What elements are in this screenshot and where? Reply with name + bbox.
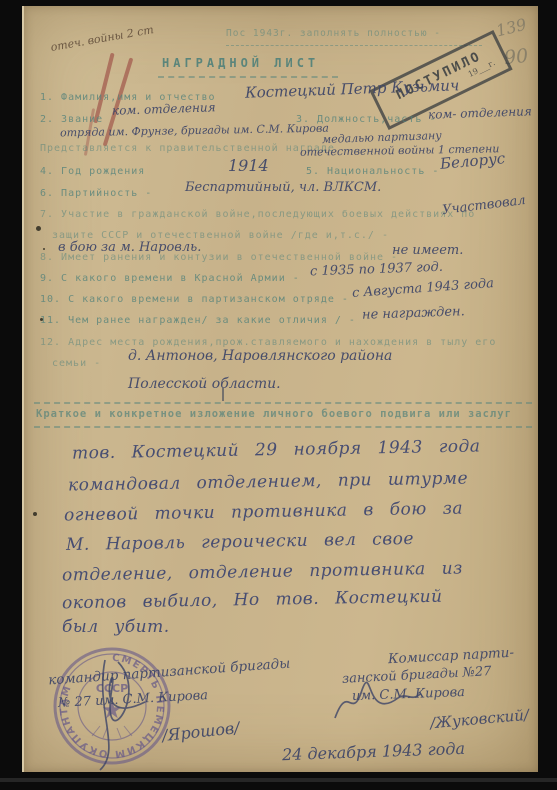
field-10-label: 10. С какого времени в партизанском отря…	[40, 294, 349, 305]
field-5-label: 5. Национальность -	[306, 166, 439, 177]
field-8-label: 8. Имеет ранения и контузии в отечествен…	[40, 252, 398, 263]
scan-edge-line	[0, 778, 557, 782]
section-header: Краткое и конкретное изложение личного б…	[36, 408, 512, 420]
page-title: НАГРАДНОЙ ЛИСТ	[162, 56, 319, 70]
field-12-label-2: семьи -	[52, 358, 101, 369]
field-7-label-1: 7. Участие в гражданской войне,последующ…	[40, 209, 475, 220]
field-11-label: 11. Чем ранее награжден/ за какие отличи…	[40, 315, 356, 326]
fold-tick	[222, 388, 224, 401]
instruction-underline	[226, 45, 482, 46]
field-4-label: 4. Год рождения	[40, 166, 145, 177]
section-separator-bottom	[34, 426, 532, 428]
field-8-value: не имеет.	[392, 243, 463, 258]
field-6-value: Беспартийный, чл. ВЛКСМ.	[185, 180, 381, 195]
field-12-value-2: Полесской области.	[128, 376, 281, 392]
paper-speck	[40, 318, 43, 321]
field-12-label-1: 12. Адрес места рождения,прож.ставляемог…	[40, 337, 496, 348]
field-12-value-1: д. Антонов, Наровлянского района	[128, 348, 392, 364]
paper-speck	[43, 248, 45, 250]
field-3-typed-2: Представляется к правительственной награ…	[40, 143, 335, 154]
title-underline	[158, 76, 338, 78]
form-instruction: Пос 1943г. заполнять полностью -	[226, 28, 441, 39]
field-2-label: 2. Звание	[40, 114, 103, 125]
paper-speck	[33, 512, 37, 516]
field-9-label: 9. С какого времени в Красной Армии -	[40, 273, 300, 284]
field-4-value: 1914	[228, 156, 269, 175]
paper-speck	[36, 226, 41, 231]
citation-line: был убит.	[62, 617, 170, 637]
section-separator-top	[34, 402, 532, 404]
field-6-label: 6. Партийность -	[40, 188, 152, 199]
